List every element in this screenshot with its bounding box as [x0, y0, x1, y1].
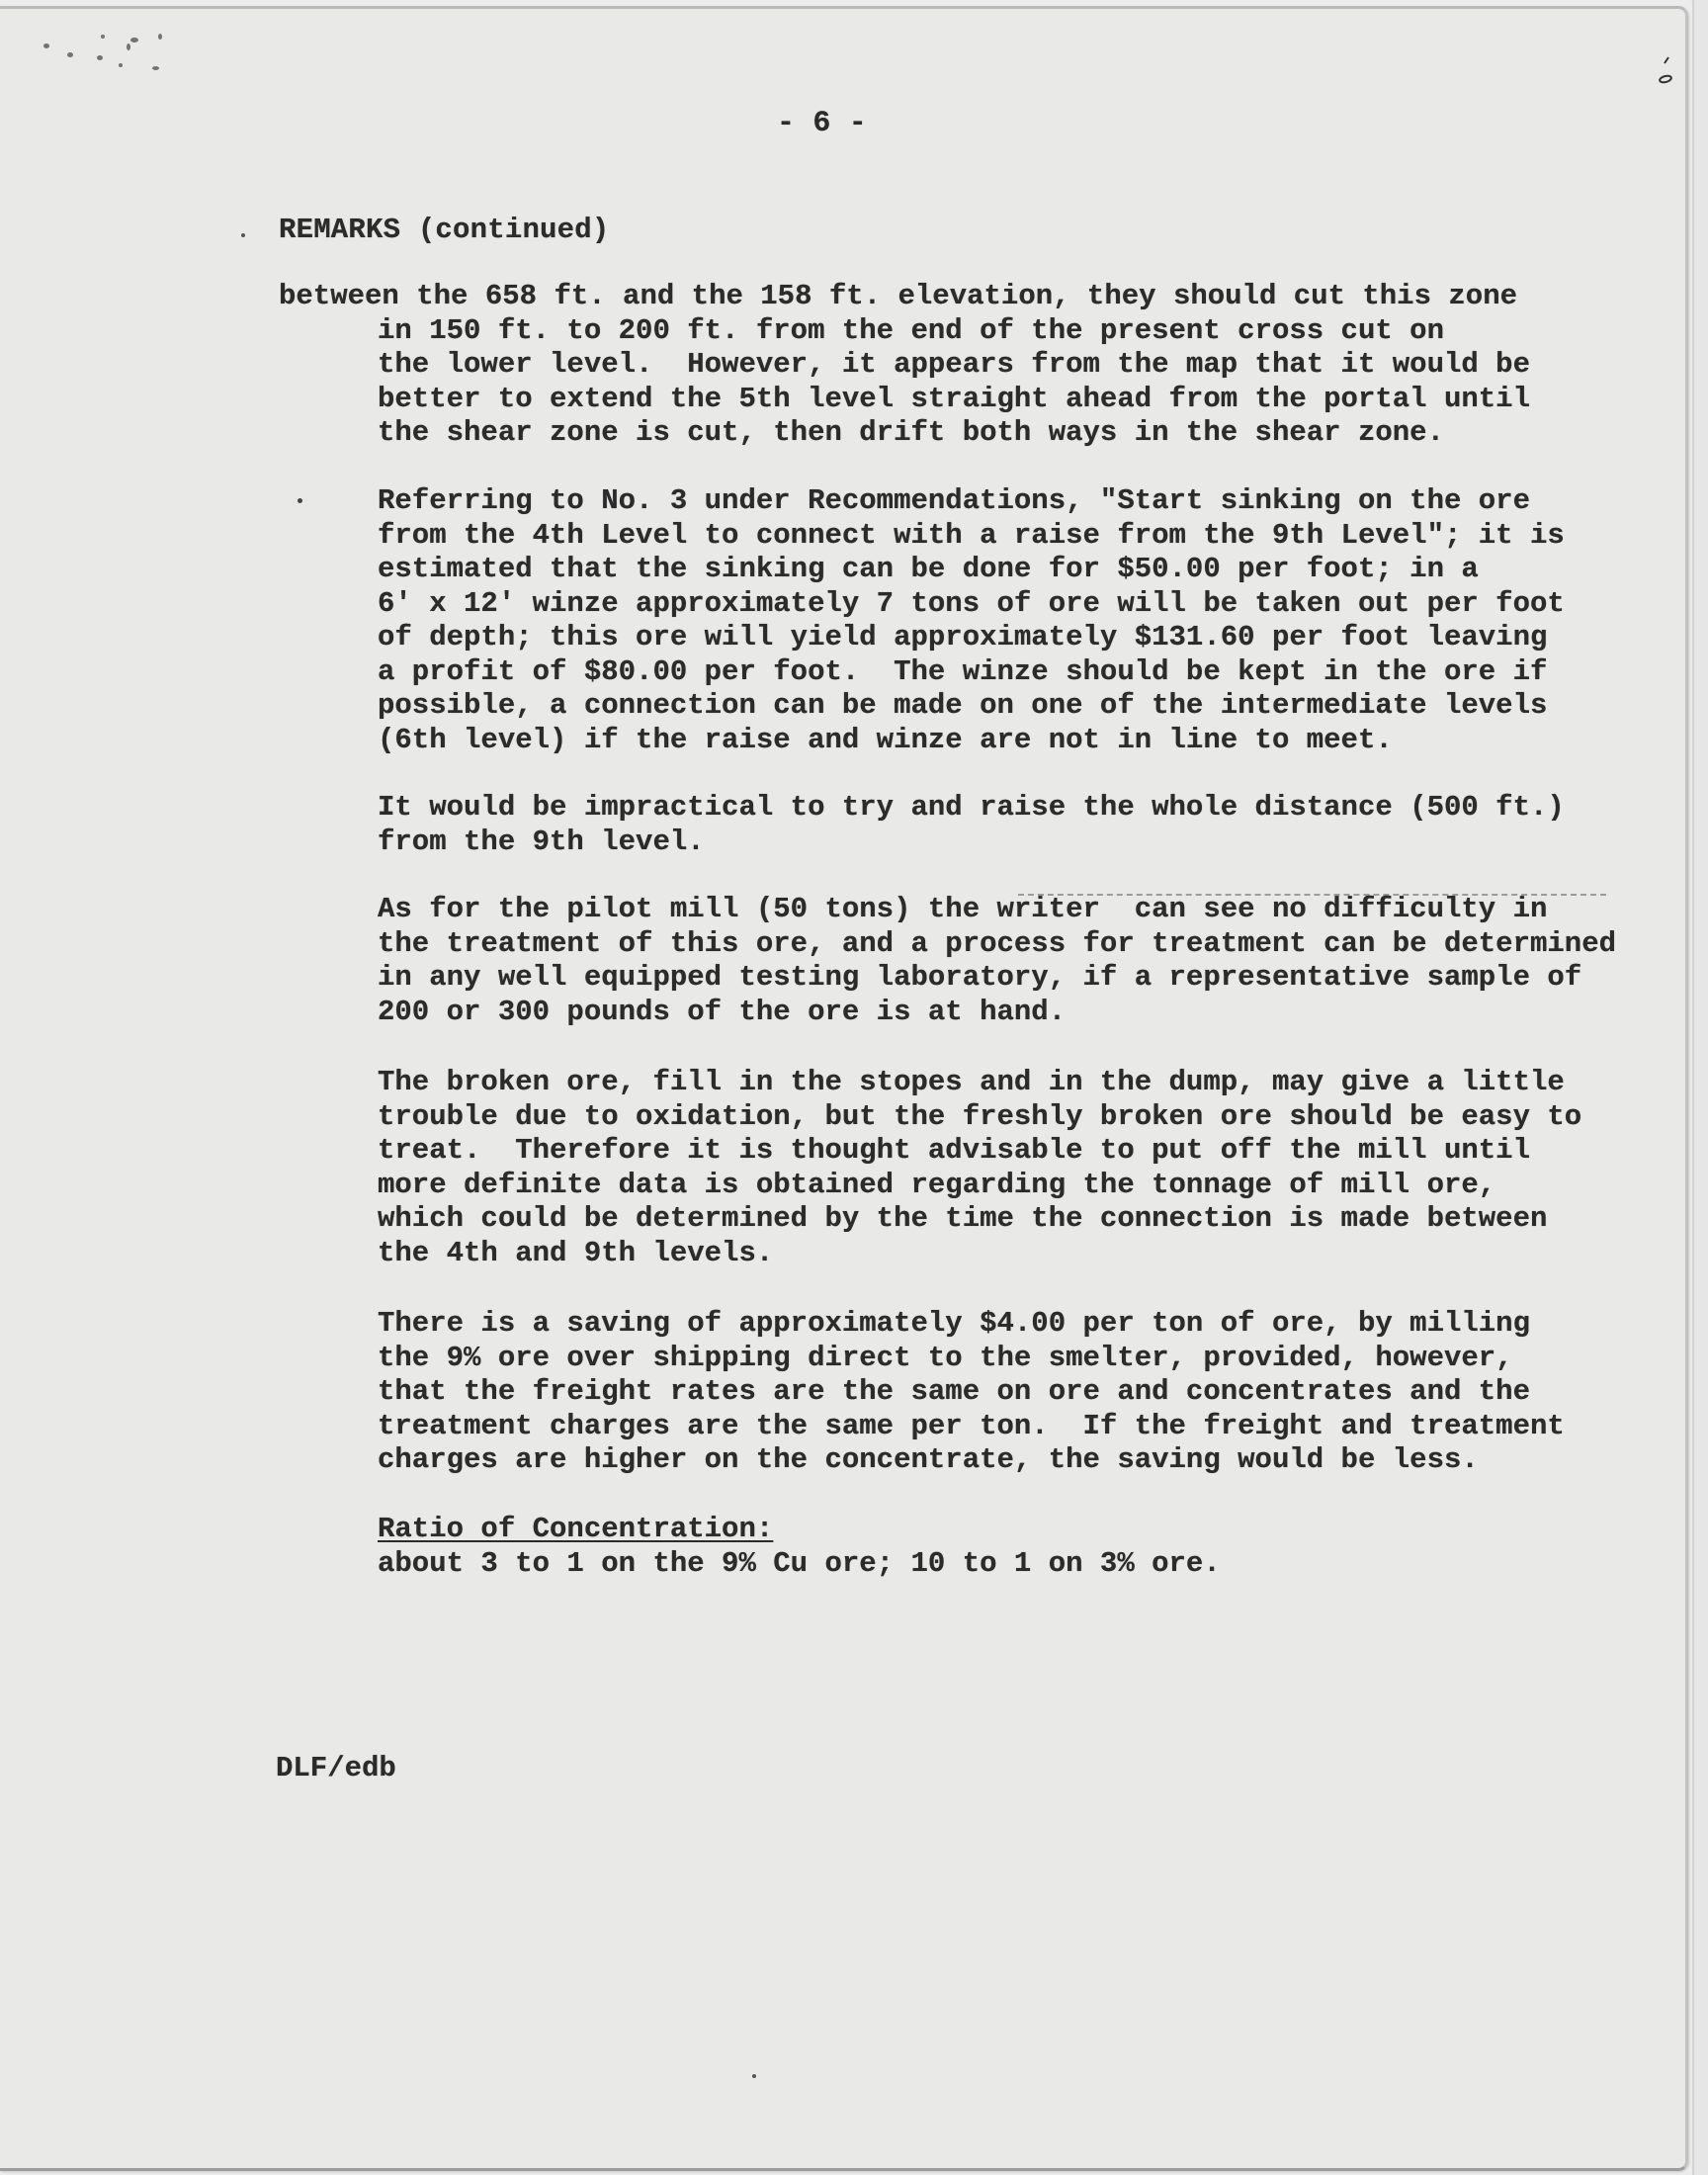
typist-initials: DLF/edb — [276, 1752, 396, 1784]
paragraph-line: It would be impractical to try and raise… — [378, 791, 1565, 826]
paragraph-broken-ore: The broken ore, fill in the stopes and i… — [378, 1066, 1581, 1270]
paragraph-line: possible, a connection can be made on on… — [378, 689, 1565, 724]
paragraph-raise-impractical: It would be impractical to try and raise… — [378, 791, 1565, 859]
paragraph-line: more definite data is obtained regarding… — [378, 1169, 1581, 1203]
margin-dot — [298, 498, 302, 503]
speck — [119, 63, 123, 67]
paragraph-line: treat. Therefore it is thought advisable… — [378, 1134, 1581, 1169]
paragraph-line: There is a saving of approximately $4.00… — [378, 1307, 1565, 1342]
page-number: - 6 - — [777, 107, 867, 141]
paragraph-line: which could be determined by the time th… — [378, 1202, 1581, 1237]
paragraph-line: the treatment of this ore, and a process… — [378, 927, 1616, 962]
paragraph-pilot-mill: As for the pilot mill (50 tons) the writ… — [378, 893, 1616, 1029]
paragraph-line: better to extend the 5th level straight … — [378, 383, 1530, 417]
speck — [158, 34, 162, 40]
speck — [67, 52, 73, 57]
speck — [101, 35, 105, 39]
paragraph-line: the 9% ore over shipping direct to the s… — [378, 1342, 1565, 1376]
paragraph-line: Referring to No. 3 under Recommendations… — [378, 484, 1565, 519]
paragraph-line: a profit of $80.00 per foot. The winze s… — [378, 655, 1565, 690]
ratio-of-concentration-section: Ratio of Concentration: about 3 to 1 on … — [378, 1513, 1221, 1581]
paragraph-line: from the 4th Level to connect with a rai… — [378, 519, 1565, 554]
scanner-edge-strip — [1692, 0, 1708, 2175]
speck — [43, 43, 49, 48]
speck — [127, 43, 130, 50]
paragraph-line: the lower level. However, it appears fro… — [378, 348, 1530, 383]
paragraph-shear-zone: between the 658 ft. and the 158 ft. elev… — [279, 280, 1530, 451]
paragraph-line: charges are higher on the concentrate, t… — [378, 1443, 1565, 1478]
speck — [130, 38, 138, 43]
paragraph-line: estimated that the sinking can be done f… — [378, 553, 1565, 587]
ratio-text: about 3 to 1 on the 9% Cu ore; 10 to 1 o… — [378, 1547, 1221, 1582]
paragraph-line: The broken ore, fill in the stopes and i… — [378, 1066, 1581, 1100]
paragraph-line: that the freight rates are the same on o… — [378, 1375, 1565, 1410]
ratio-title: Ratio of Concentration: — [378, 1513, 1221, 1547]
paragraph-line: 200 or 300 pounds of the ore is at hand. — [378, 996, 1616, 1030]
paragraph-line: trouble due to oxidation, but the freshl… — [378, 1100, 1581, 1135]
handwritten-page-mark-icon — [1657, 51, 1676, 91]
paragraph-line: in 150 ft. to 200 ft. from the end of th… — [378, 314, 1530, 349]
scan-specks — [40, 30, 168, 79]
paragraph-line: in any well equipped testing laboratory,… — [378, 961, 1616, 996]
speck — [152, 66, 159, 70]
paragraph-line: the 4th and 9th levels. — [378, 1237, 1581, 1271]
paragraph-line: (6th level) if the raise and winze are n… — [378, 724, 1565, 758]
paragraph-line: the shear zone is cut, then drift both w… — [378, 416, 1530, 451]
section-heading: REMARKS (continued) — [279, 214, 609, 248]
margin-dot — [241, 233, 245, 237]
paragraph-winze-recommendation: Referring to No. 3 under Recommendations… — [378, 484, 1565, 757]
paragraph-line: 6' x 12' winze approximately 7 tons of o… — [378, 587, 1565, 622]
paragraph-line: between the 658 ft. and the 158 ft. elev… — [279, 280, 1530, 314]
paragraph-line: treatment charges are the same per ton. … — [378, 1410, 1565, 1444]
speck — [97, 55, 103, 60]
paragraph-line: of depth; this ore will yield approximat… — [378, 621, 1565, 655]
paragraph-milling-savings: There is a saving of approximately $4.00… — [378, 1307, 1565, 1478]
paragraph-line: from the 9th level. — [378, 826, 1565, 860]
stray-dot — [752, 2074, 756, 2078]
paragraph-line: As for the pilot mill (50 tons) the writ… — [378, 893, 1616, 927]
